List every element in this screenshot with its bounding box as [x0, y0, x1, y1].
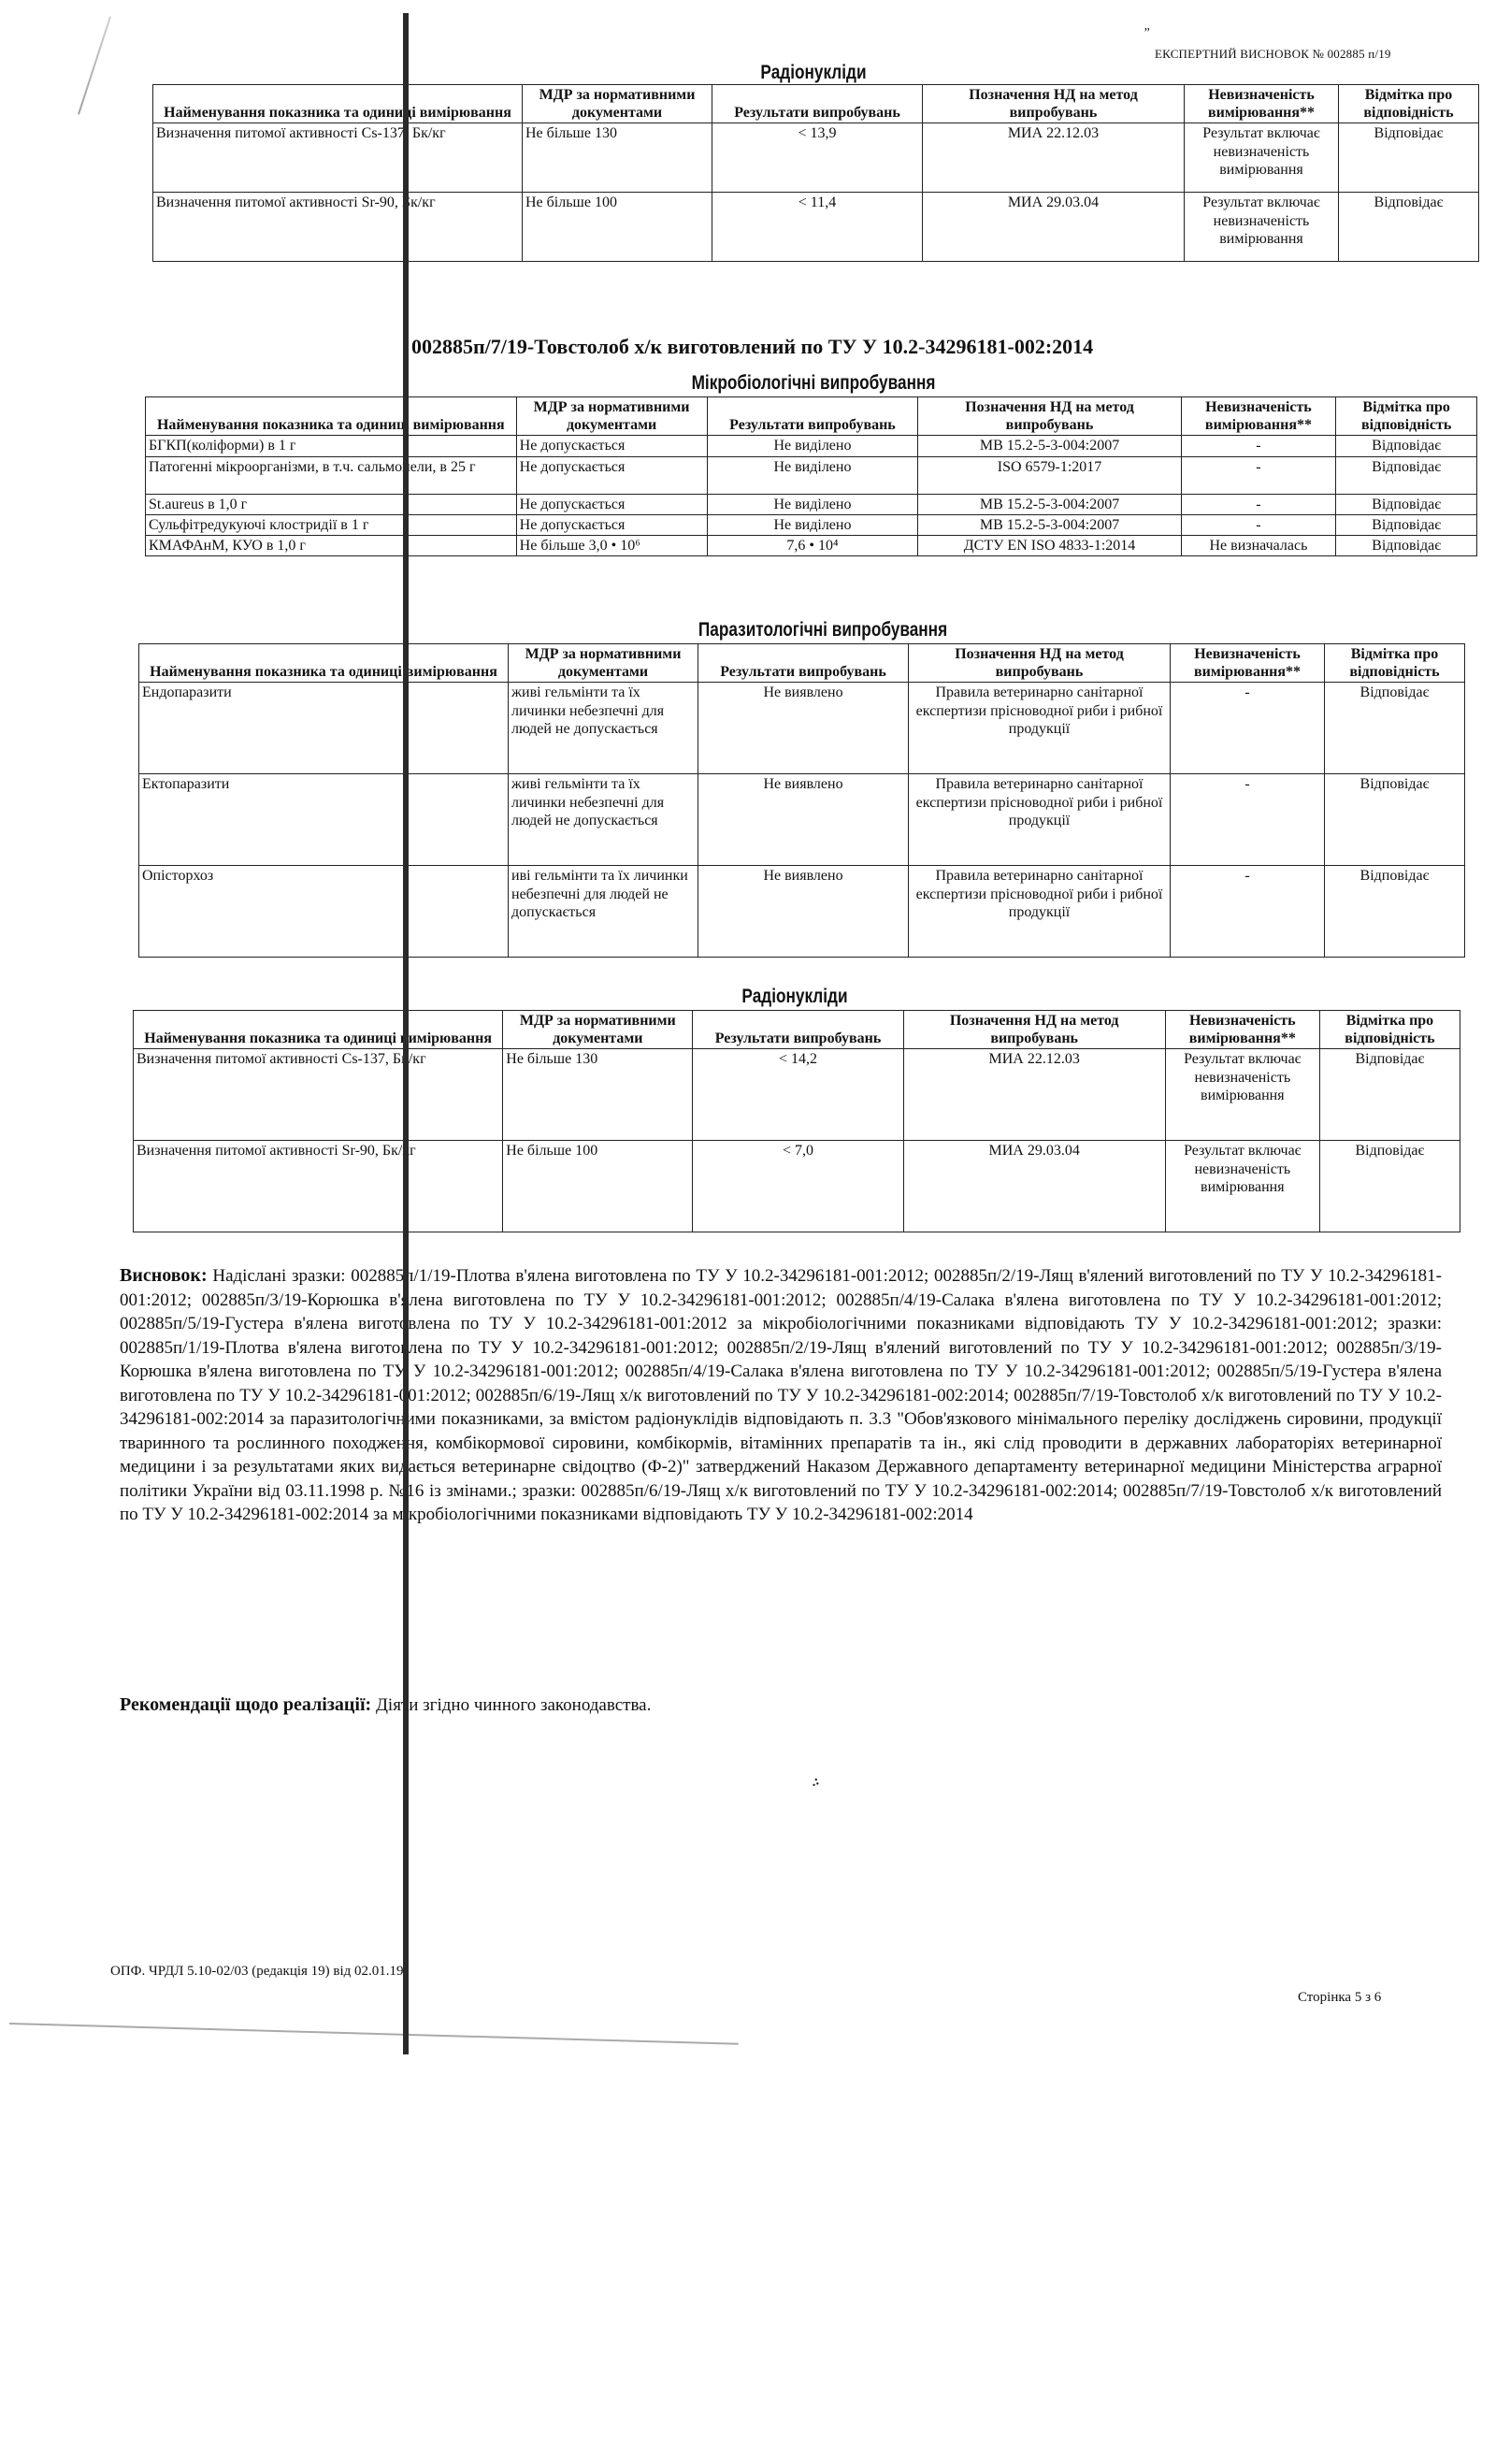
column-header: Позначення НД на метод випробувань	[918, 397, 1181, 436]
table-cell: -	[1181, 514, 1336, 535]
column-header: Невизначеність вимірювання**	[1165, 1011, 1319, 1049]
table-row: БГКП(коліформи) в 1 гНе допускаєтьсяНе в…	[146, 436, 1477, 456]
table-cell: < 14,2	[693, 1049, 903, 1141]
table-cell: < 11,4	[712, 193, 923, 262]
table-cell: Відповідає	[1336, 436, 1477, 456]
column-header: Найменування показника та одиниці вимірю…	[146, 397, 517, 436]
table-row: Визначення питомої активності Cs-137, Бк…	[153, 123, 1479, 193]
table-cell: ДСТУ EN ISO 4833-1:2014	[918, 535, 1181, 555]
table-cell: Не більше 3,0 • 10⁶	[516, 535, 707, 555]
table-cell: Ектопаразити	[139, 774, 509, 866]
table-row: Патогенні мікроорганізми, в т.ч. сальмон…	[146, 456, 1477, 494]
table-cell: Відповідає	[1319, 1049, 1460, 1141]
table-cell: Відповідає	[1325, 774, 1465, 866]
column-header: Результати випробувань	[693, 1011, 903, 1049]
table-cell: -	[1181, 494, 1336, 514]
table-cell: Правила ветеринарно санітарної експертиз…	[909, 683, 1171, 774]
table-cell: Результат включає невизначеність вимірюв…	[1185, 123, 1339, 193]
table-cell: ISO 6579-1:2017	[918, 456, 1181, 494]
table-cell: Відповідає	[1319, 1141, 1460, 1232]
table-cell: Результат включає невизначеність вимірюв…	[1165, 1141, 1319, 1232]
radionuclides-table-1: Найменування показника та одиниці вимірю…	[152, 84, 1479, 262]
column-header: Відмітка про відповідність	[1319, 1011, 1460, 1049]
table-header-row: Найменування показника та одиниці вимірю…	[153, 85, 1479, 123]
table-cell: -	[1181, 436, 1336, 456]
column-header: Відмітка про відповідність	[1336, 397, 1477, 436]
table-cell: Не визначалась	[1181, 535, 1336, 555]
column-header: МДР за нормативними документами	[503, 1011, 693, 1049]
table-cell: 7,6 • 10⁴	[707, 535, 918, 555]
table-cell: живі гельмінти та їх личинки небезпечні …	[509, 774, 698, 866]
table-cell: МИА 29.03.04	[923, 193, 1185, 262]
table-row: Визначення питомої активності Sr-90, Бк/…	[134, 1141, 1460, 1232]
table-cell: БГКП(коліформи) в 1 г	[146, 436, 517, 456]
table-cell: Визначення питомої активності Cs-137, Бк…	[134, 1049, 503, 1141]
recommendation-text: Діяти згідно чинного законодавства.	[376, 1695, 651, 1715]
column-header: Відмітка про відповідність	[1339, 85, 1479, 123]
table-cell: Не допускається	[516, 456, 707, 494]
table-cell: Відповідає	[1339, 193, 1479, 262]
scan-specks: .:	[810, 1774, 822, 1791]
table-cell: Відповідає	[1339, 123, 1479, 193]
footer-page-number: Сторінка 5 з 6	[1298, 1990, 1381, 2006]
table-cell: Результат включає невизначеність вимірюв…	[1165, 1049, 1319, 1141]
table-cell: -	[1171, 683, 1325, 774]
column-header: Невизначеність вимірювання**	[1185, 85, 1339, 123]
radionuclides-table-2: Найменування показника та одиниці вимірю…	[133, 1010, 1460, 1232]
scan-vertical-line	[403, 13, 409, 2054]
table-cell: Патогенні мікроорганізми, в т.ч. сальмон…	[146, 456, 517, 494]
recommendation-label: Рекомендації щодо реалізації:	[120, 1694, 371, 1715]
conclusion-text: Надіслані зразки: 002885п/1/19-Плотва в'…	[120, 1266, 1442, 1524]
table-cell: Не допускається	[516, 436, 707, 456]
table-cell: Не більше 130	[503, 1049, 693, 1141]
table-row: Визначення питомої активності Cs-137, Бк…	[134, 1049, 1460, 1141]
parasitology-table: Найменування показника та одиниці вимірю…	[138, 643, 1465, 958]
table-cell: -	[1181, 456, 1336, 494]
table-cell: МИА 22.12.03	[903, 1049, 1165, 1141]
table-header-row: Найменування показника та одиниці вимірю…	[139, 644, 1465, 683]
table-row: Визначення питомої активності Sr-90, Бк/…	[153, 193, 1479, 262]
table-cell: -	[1171, 774, 1325, 866]
table-header-row: Найменування показника та одиниці вимірю…	[146, 397, 1477, 436]
column-header: МДР за нормативними документами	[523, 85, 712, 123]
table-cell: Відповідає	[1325, 866, 1465, 958]
table-cell: Ендопаразити	[139, 683, 509, 774]
table-row: Ектопаразитиживі гельмінти та їх личинки…	[139, 774, 1465, 866]
scan-artifact	[78, 16, 111, 114]
table-cell: Правила ветеринарно санітарної експертиз…	[909, 866, 1171, 958]
table-header-row: Найменування показника та одиниці вимірю…	[134, 1011, 1460, 1049]
scan-page-edge	[9, 2023, 739, 2045]
table-row: St.aureus в 1,0 гНе допускаєтьсяНе виділ…	[146, 494, 1477, 514]
section-title-microbiology: Мікробіологічні випробування	[622, 372, 1005, 395]
table-row: Сульфітредукуючі клостридії в 1 гНе допу…	[146, 514, 1477, 535]
table-cell: Не виділено	[707, 494, 918, 514]
table-cell: МИА 22.12.03	[923, 123, 1185, 193]
product-title: 002885п/7/19-Товстолоб х/к виготовлений …	[411, 335, 1309, 359]
table-cell: Відповідає	[1336, 494, 1477, 514]
table-cell: Правила ветеринарно санітарної експертиз…	[909, 774, 1171, 866]
table-cell: < 13,9	[712, 123, 923, 193]
column-header: Позначення НД на метод випробувань	[923, 85, 1185, 123]
document-page: ” ЕКСПЕРТНИЙ ВИСНОВОК № 002885 п/19 Раді…	[0, 0, 1496, 2464]
table-row: Ендопаразитиживі гельмінти та їх личинки…	[139, 683, 1465, 774]
column-header: Найменування показника та одиниці вимірю…	[153, 85, 523, 123]
column-header: МДР за нормативними документами	[509, 644, 698, 683]
column-header: Позначення НД на метод випробувань	[903, 1011, 1165, 1049]
table-cell: Не допускається	[516, 514, 707, 535]
table-cell: Не виявлено	[698, 774, 909, 866]
document-header: ЕКСПЕРТНИЙ ВИСНОВОК № 002885 п/19	[1155, 47, 1391, 62]
section-title-radionuclides-1: Радіонукліди	[698, 62, 928, 84]
table-cell: МВ 15.2-5-3-004:2007	[918, 436, 1181, 456]
microbiology-table: Найменування показника та одиниці вимірю…	[145, 396, 1477, 556]
table-row: Опісторхозиві гельмінти та їх личинки не…	[139, 866, 1465, 958]
table-cell: Опісторхоз	[139, 866, 509, 958]
table-cell: Визначення питомої активності Cs-137, Бк…	[153, 123, 523, 193]
column-header: МДР за нормативними документами	[516, 397, 707, 436]
table-cell: МИА 29.03.04	[903, 1141, 1165, 1232]
table-cell: МВ 15.2-5-3-004:2007	[918, 494, 1181, 514]
table-cell: -	[1171, 866, 1325, 958]
conclusion-label: Висновок:	[120, 1265, 208, 1286]
section-title-radionuclides-2: Радіонукліди	[680, 986, 910, 1008]
table-row: КМАФАнМ, КУО в 1,0 гНе більше 3,0 • 10⁶7…	[146, 535, 1477, 555]
footer-form-code: ОПФ. ЧРДЛ 5.10-02/03 (редакція 19) від 0…	[110, 1964, 404, 1980]
table-cell: Не виявлено	[698, 683, 909, 774]
table-cell: Не більше 100	[503, 1141, 693, 1232]
table-cell: St.aureus в 1,0 г	[146, 494, 517, 514]
table-cell: Відповідає	[1325, 683, 1465, 774]
table-cell: Відповідає	[1336, 514, 1477, 535]
table-cell: Визначення питомої активності Sr-90, Бк/…	[134, 1141, 503, 1232]
conclusion-paragraph: Висновок: Надіслані зразки: 002885п/1/19…	[120, 1264, 1442, 1527]
section-title-parasitology: Паразитологічні випробування	[631, 619, 1014, 641]
column-header: Невизначеність вимірювання**	[1171, 644, 1325, 683]
table-cell: Не виявлено	[698, 866, 909, 958]
recommendation-paragraph: Рекомендації щодо реалізації: Діяти згід…	[120, 1694, 1442, 1716]
table-cell: < 7,0	[693, 1141, 903, 1232]
table-cell: Не виділено	[707, 514, 918, 535]
column-header: Найменування показника та одиниці вимірю…	[139, 644, 509, 683]
table-cell: Сульфітредукуючі клостридії в 1 г	[146, 514, 517, 535]
table-cell: Не більше 130	[523, 123, 712, 193]
column-header: Результати випробувань	[707, 397, 918, 436]
table-cell: Не більше 100	[523, 193, 712, 262]
table-cell: Результат включає невизначеність вимірюв…	[1185, 193, 1339, 262]
table-cell: Не виділено	[707, 436, 918, 456]
handwritten-mark: ”	[1143, 26, 1150, 41]
table-cell: Не виділено	[707, 456, 918, 494]
column-header: Відмітка про відповідність	[1325, 644, 1465, 683]
table-cell: МВ 15.2-5-3-004:2007	[918, 514, 1181, 535]
table-cell: Визначення питомої активності Sr-90, Бк/…	[153, 193, 523, 262]
table-cell: КМАФАнМ, КУО в 1,0 г	[146, 535, 517, 555]
table-cell: Не допускається	[516, 494, 707, 514]
table-cell: иві гельмінти та їх личинки небезпечні д…	[509, 866, 698, 958]
table-cell: живі гельмінти та їх личинки небезпечні …	[509, 683, 698, 774]
column-header: Результати випробувань	[698, 644, 909, 683]
table-cell: Відповідає	[1336, 456, 1477, 494]
column-header: Позначення НД на метод випробувань	[909, 644, 1171, 683]
column-header: Найменування показника та одиниці вимірю…	[134, 1011, 503, 1049]
table-cell: Відповідає	[1336, 535, 1477, 555]
column-header: Результати випробувань	[712, 85, 923, 123]
column-header: Невизначеність вимірювання**	[1181, 397, 1336, 436]
